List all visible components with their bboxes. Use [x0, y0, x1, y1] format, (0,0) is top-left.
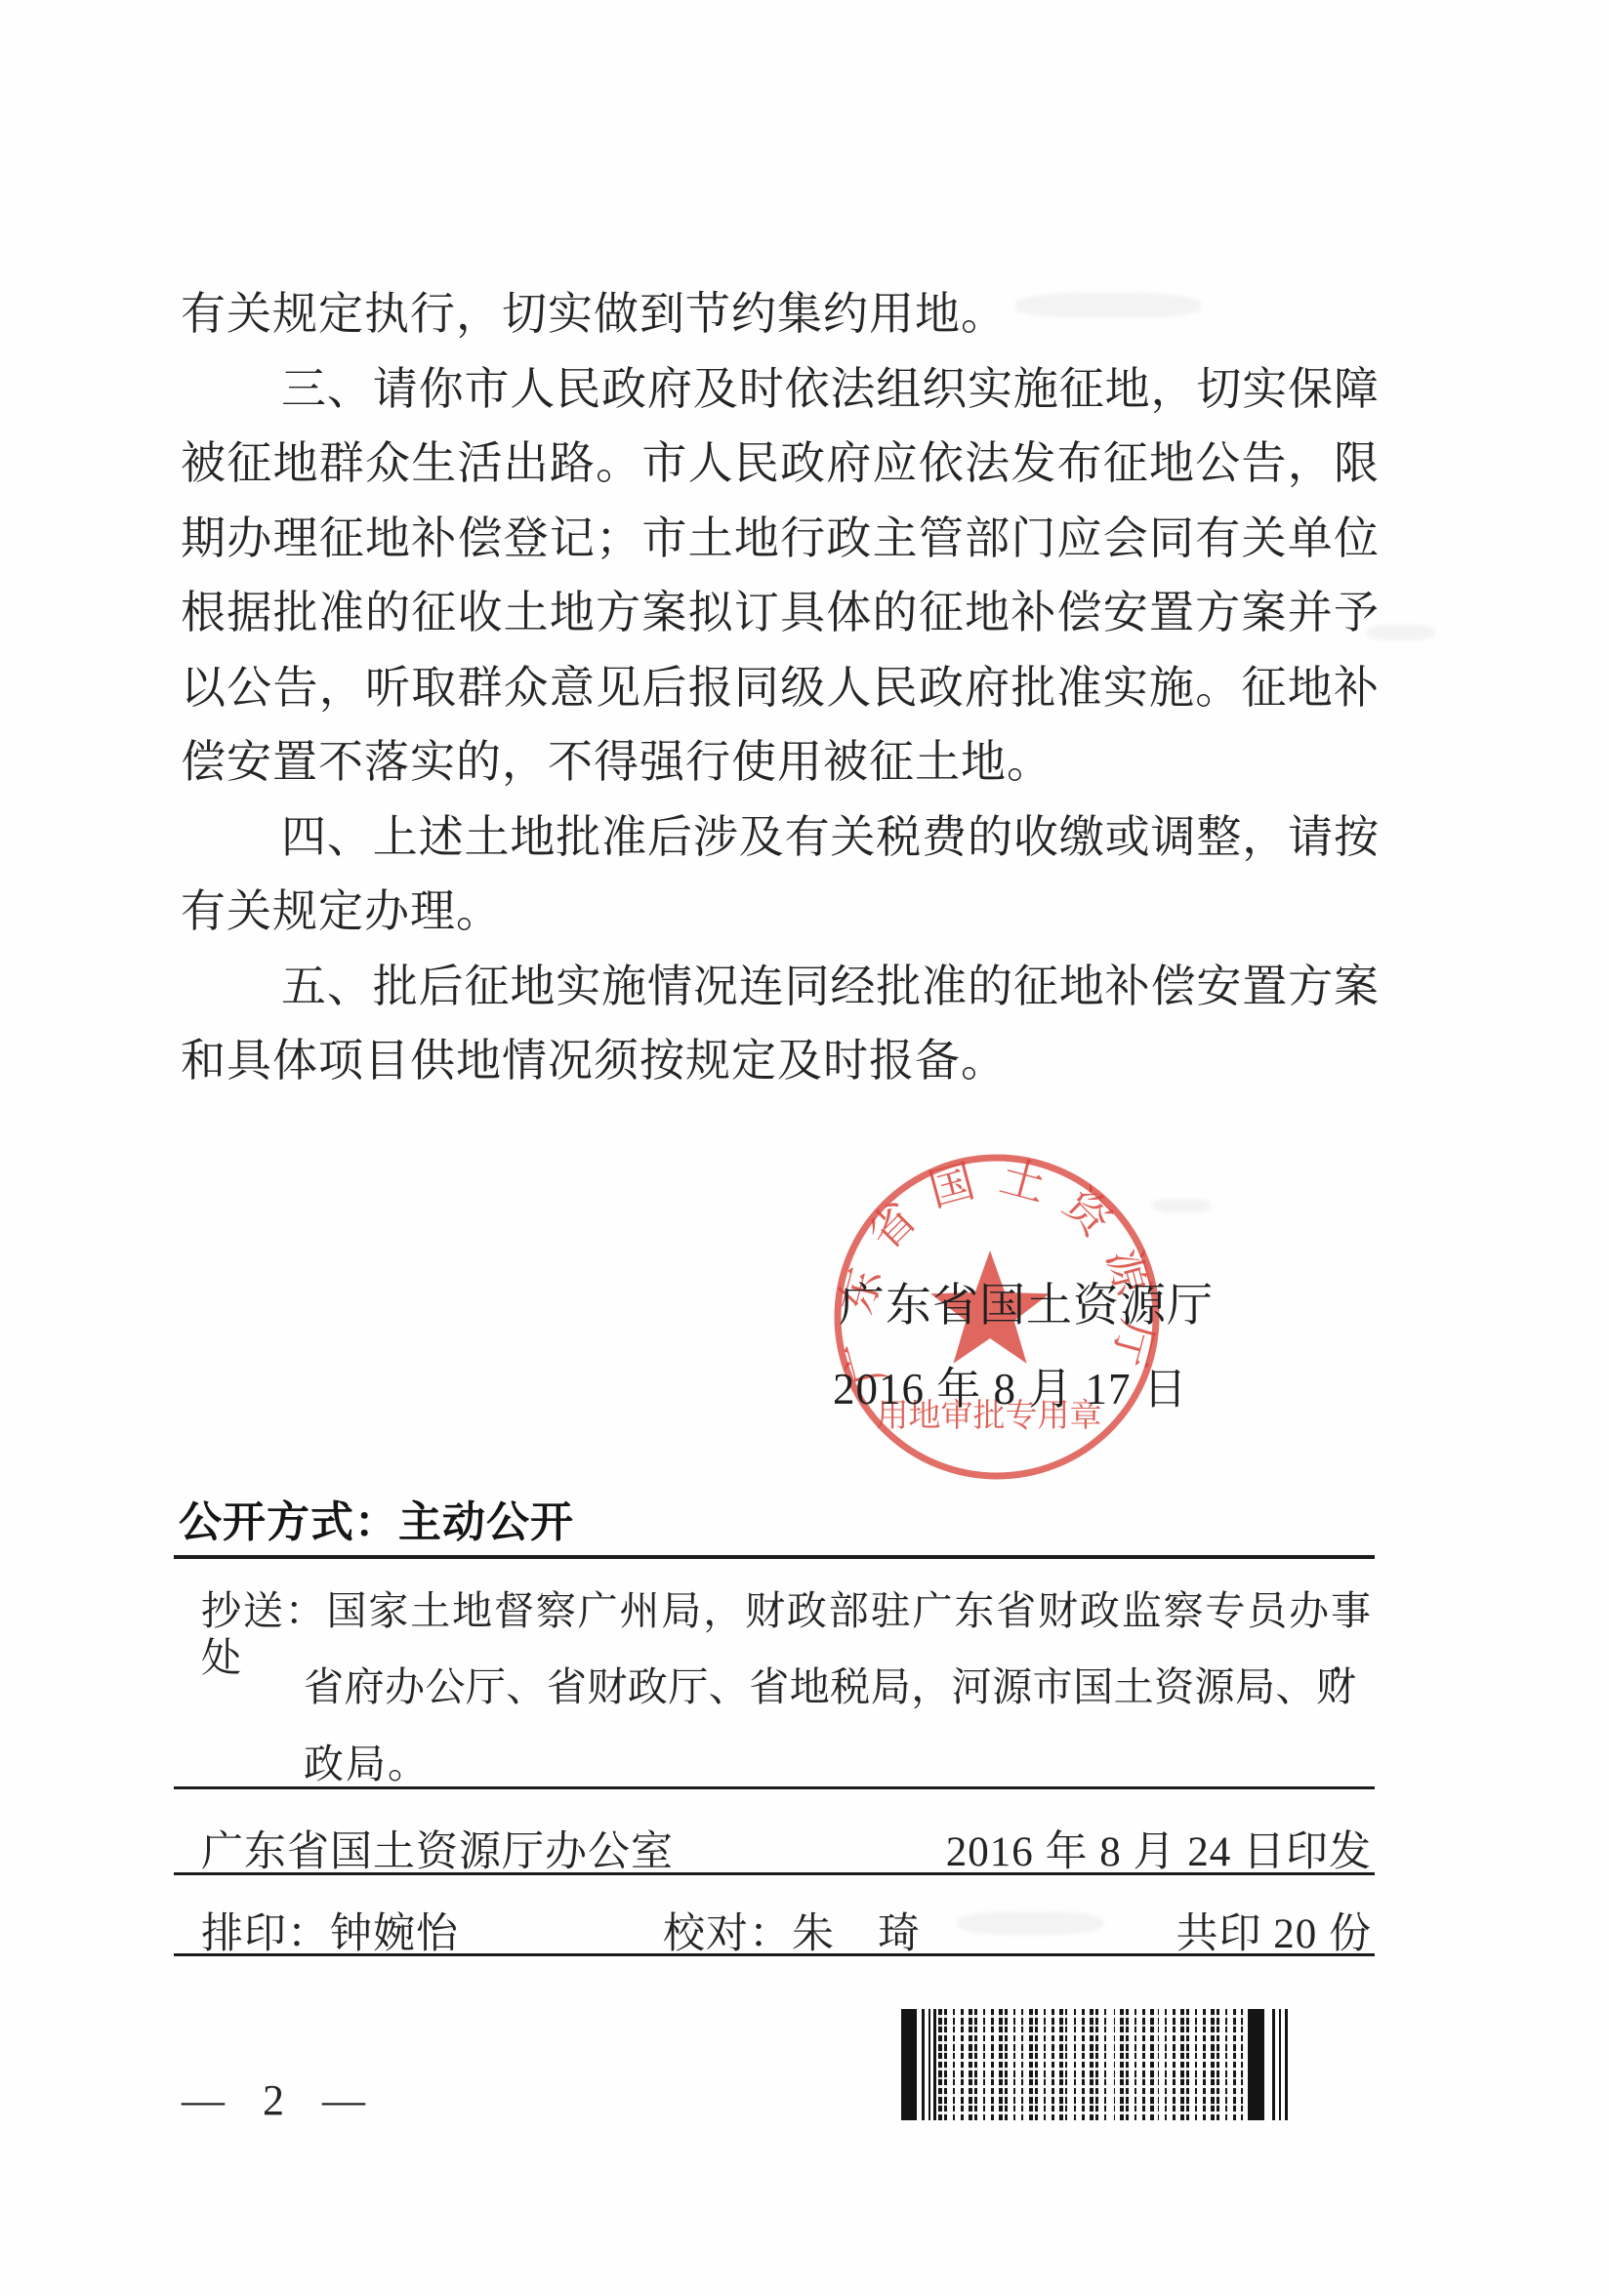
- body-line: 偿安置不落实的，不得强行使用被征土地。: [181, 725, 1379, 800]
- body-line: 被征地群众生活出路。市人民政府应依法发布征地公告，限: [181, 427, 1379, 502]
- body-line: 五、批后征地实施情况连同经批准的征地补偿安置方案: [181, 950, 1379, 1025]
- barcode-stop-bar: [1248, 2009, 1264, 2120]
- barcode-bar: [1279, 2009, 1281, 2120]
- body-line: 和具体项目供地情况须按规定及时报备。: [181, 1024, 1379, 1099]
- body-line: 三、请你市人民政府及时依法组织实施征地，切实保障: [181, 352, 1379, 428]
- scan-noise: [957, 1911, 1103, 1935]
- divider: [174, 1872, 1375, 1875]
- barcode-bar: [928, 2009, 930, 2120]
- typesetter: 排印：钟婉怡: [201, 1901, 459, 1960]
- barcode-data-region: [938, 2009, 1246, 2120]
- disclosure-line: 公开方式：主动公开: [179, 1497, 574, 1548]
- cc-line: 政局。: [304, 1741, 430, 1787]
- page-number: — 2 —: [182, 2075, 379, 2125]
- divider: [174, 1953, 1375, 1956]
- signing-agency: 广东省国土资源厅: [839, 1269, 1214, 1334]
- issuing-office: 广东省国土资源厅办公室: [201, 1819, 674, 1878]
- barcode-start-bar: [901, 2009, 917, 2120]
- barcode-bar: [1285, 2009, 1288, 2120]
- body-line: 有关规定执行，切实做到节约集约用地。: [181, 277, 1379, 352]
- print-date: 2016 年 8 月 24 日印发: [946, 1819, 1372, 1878]
- cc-line: 省府办公厅、省财政厅、省地税局，河源市国土资源局、财: [304, 1663, 1356, 1710]
- body-line: 有关规定办理。: [181, 875, 1379, 950]
- barcode-bar: [1272, 2009, 1275, 2120]
- scan-noise: [1367, 625, 1435, 640]
- disclosure-value: 主动公开: [398, 1498, 574, 1546]
- scan-noise: [1015, 293, 1201, 318]
- barcode: [901, 2009, 1289, 2120]
- body-line: 以公告，听取群众意见后报同级人民政府批准实施。征地补: [181, 651, 1379, 726]
- disclosure-label: 公开方式：: [179, 1498, 398, 1546]
- barcode-bar: [933, 2009, 936, 2120]
- body-line: 四、上述土地批准后涉及有关税费的收缴或调整，请按: [181, 800, 1379, 876]
- document-page: 有关规定执行，切实做到节约集约用地。 三、请你市人民政府及时依法组织实施征地，切…: [0, 0, 1609, 2296]
- barcode-bar: [922, 2009, 925, 2120]
- proofreader: 校对：朱 琦: [663, 1901, 921, 1960]
- copies-count: 共印 20 份: [1176, 1901, 1373, 1960]
- body-line: 根据批准的征收土地方案拟订具体的征地补偿安置方案并予: [181, 576, 1379, 651]
- body-text: 有关规定执行，切实做到节约集约用地。 三、请你市人民政府及时依法组织实施征地，切…: [181, 277, 1379, 1099]
- divider: [174, 1786, 1375, 1789]
- body-line: 期办理征地补偿登记；市土地行政主管部门应会同有关单位: [181, 502, 1379, 577]
- divider-thick: [174, 1555, 1375, 1559]
- signing-date: 2016 年 8 月 17 日: [833, 1353, 1188, 1416]
